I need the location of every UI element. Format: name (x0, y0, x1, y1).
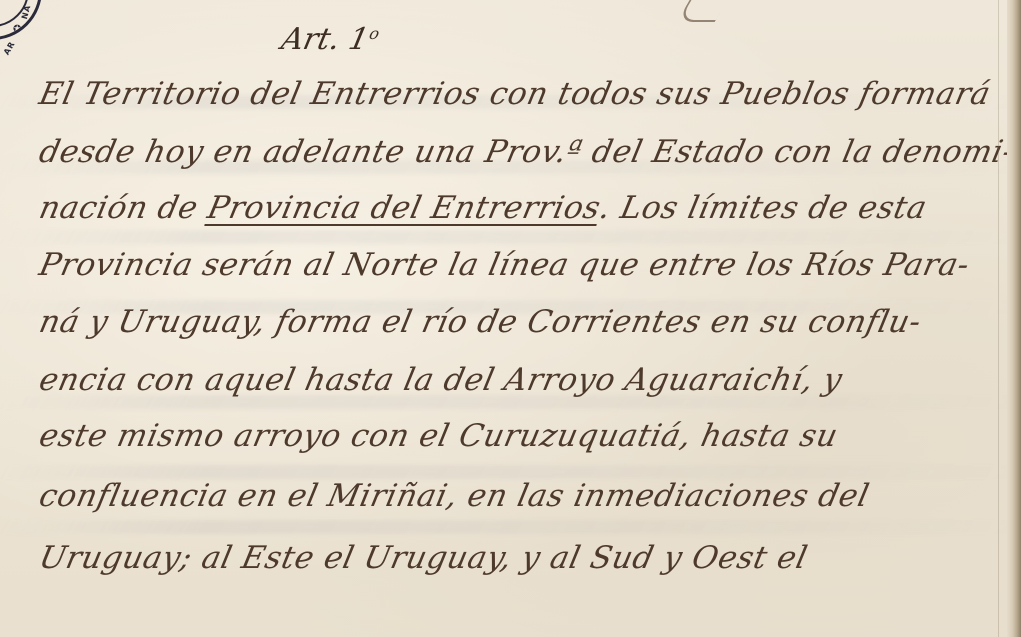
article-label: Art. (278, 22, 343, 57)
manuscript-line-1: El Territorio del Entrerrios con todos s… (36, 76, 994, 112)
manuscript-line-6: encia con aquel hasta la del Arroyo Agua… (36, 362, 846, 398)
article-number-suffix: o (368, 24, 382, 43)
line-3-before: nación de (36, 190, 212, 226)
manuscript-line-3: nación de Provincia del Entrerrios. Los … (36, 190, 930, 226)
province-name-underlined: Provincia del Entrerrios (204, 190, 604, 226)
article-heading: Art. 1o (278, 22, 381, 57)
manuscript-line-8: confluencia en el Miriñai, en las inmedi… (36, 478, 873, 514)
manuscript-text: Art. 1o El Territorio del Entrerrios con… (0, 0, 1021, 637)
manuscript-page: NA ✪ AR Art. 1o El Territorio del Entrer… (0, 0, 1021, 637)
line-3-after: . Los límites de esta (596, 190, 930, 226)
page-fold-line (998, 0, 999, 637)
manuscript-line-2: desde hoy en adelante una Prov.ª del Est… (36, 134, 1018, 170)
manuscript-line-5: ná y Uruguay, forma el río de Corrientes… (36, 304, 925, 340)
manuscript-line-4: Provincia serán al Norte la línea que en… (36, 247, 973, 283)
manuscript-line-9: Uruguay; al Este el Uruguay, y al Sud y … (36, 540, 811, 576)
page-binding-edge (1007, 0, 1021, 637)
manuscript-line-7: este mismo arroyo con el Curuzuquatiá, h… (36, 418, 841, 454)
